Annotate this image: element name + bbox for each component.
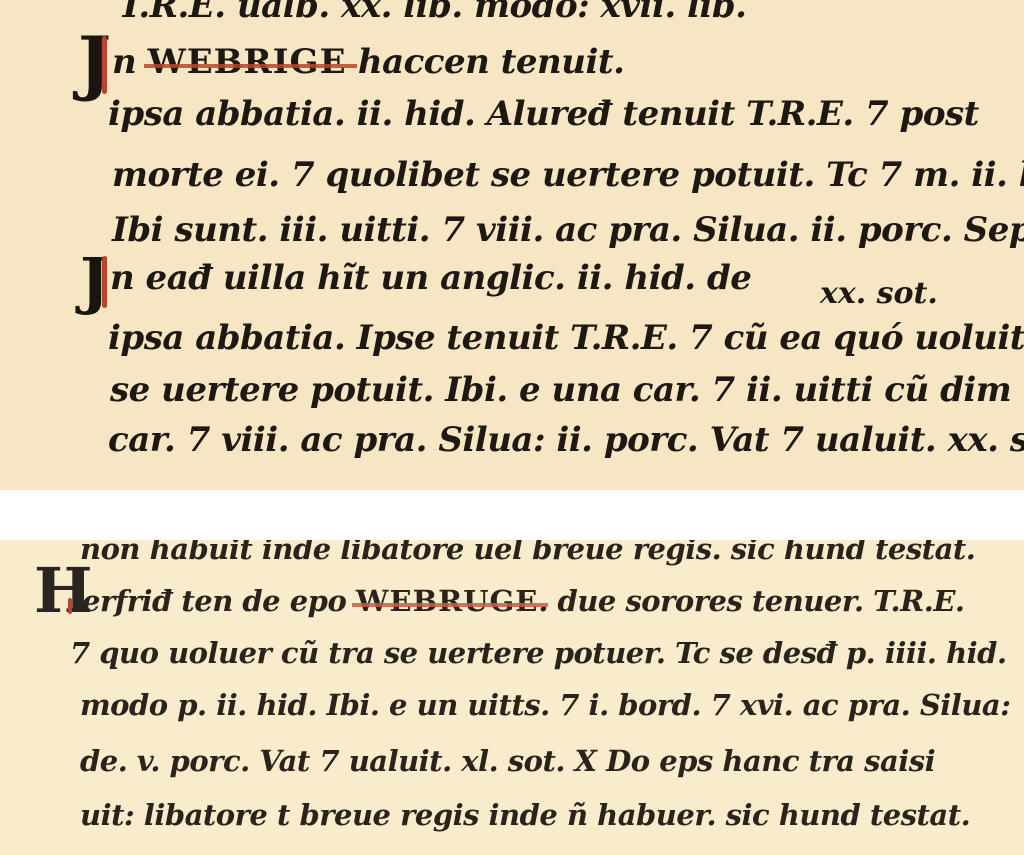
manuscript-line: ipsa abbatia. ii. hid. Aluređ tenuit T.R… bbox=[108, 94, 979, 134]
manuscript-line: uit: libatore t breue regis inde ñ habue… bbox=[80, 798, 970, 832]
line-suffix: . due sorores tenuer. T.R.E. bbox=[538, 584, 964, 618]
manuscript-line: 7 quo uoluer cũ tra se uertere potuer. T… bbox=[70, 636, 1007, 670]
margin-note: xx. sot. bbox=[820, 276, 938, 311]
red-initial-stroke bbox=[68, 598, 72, 614]
line-prefix: erfriđ ten de epo bbox=[82, 584, 356, 618]
manuscript-line: de. v. porc. Vat 7 ualuit. xl. sot. X Do… bbox=[80, 744, 935, 778]
red-initial-stroke bbox=[102, 256, 107, 308]
manuscript-line: T.R.E. ualb. xx. lib. modo: xvii. lib. bbox=[118, 0, 747, 26]
manuscript-line: Ibi sunt. iii. uitti. 7 viii. ac pra. Si… bbox=[112, 210, 1024, 250]
manuscript-line: n WEBRIGE haccen tenuit. bbox=[112, 42, 624, 82]
manuscript-line: ipsa abbatia. Ipse tenuit T.R.E. 7 cũ ea… bbox=[108, 318, 1024, 358]
red-initial-stroke bbox=[102, 36, 107, 94]
manuscript-line: modo p. ii. hid. Ibi. e un uitts. 7 i. b… bbox=[80, 688, 1010, 722]
panel-separator bbox=[0, 490, 1024, 540]
rubricated-place-name: WEBRIGE bbox=[148, 42, 347, 82]
decorated-initial: J bbox=[80, 250, 109, 312]
manuscript-line: n eađ uilla hĩt un anglic. ii. hid. de bbox=[110, 258, 751, 298]
manuscript-line: erfriđ ten de epo WEBRUGE. due sorores t… bbox=[82, 584, 965, 618]
manuscript-panel-bottom: non habuit inde libatore uel breue regis… bbox=[0, 540, 1024, 855]
manuscript-panel-top: T.R.E. ualb. xx. lib. modo: xvii. lib. J… bbox=[0, 0, 1024, 490]
manuscript-line: car. 7 viii. ac pra. Silua: ii. porc. Va… bbox=[108, 420, 1024, 460]
line-prefix: n bbox=[112, 42, 148, 82]
line-suffix: haccen tenuit. bbox=[347, 42, 625, 82]
manuscript-line: se uertere potuit. Ibi. e una car. 7 ii.… bbox=[110, 370, 1011, 410]
manuscript-line: non habuit inde libatore uel breue regis… bbox=[80, 540, 975, 566]
decorated-initial: J bbox=[78, 28, 111, 98]
rubricated-place-name: WEBRUGE bbox=[356, 584, 538, 618]
manuscript-line: morte ei. 7 quolibet se uertere potuit. … bbox=[112, 155, 1024, 195]
